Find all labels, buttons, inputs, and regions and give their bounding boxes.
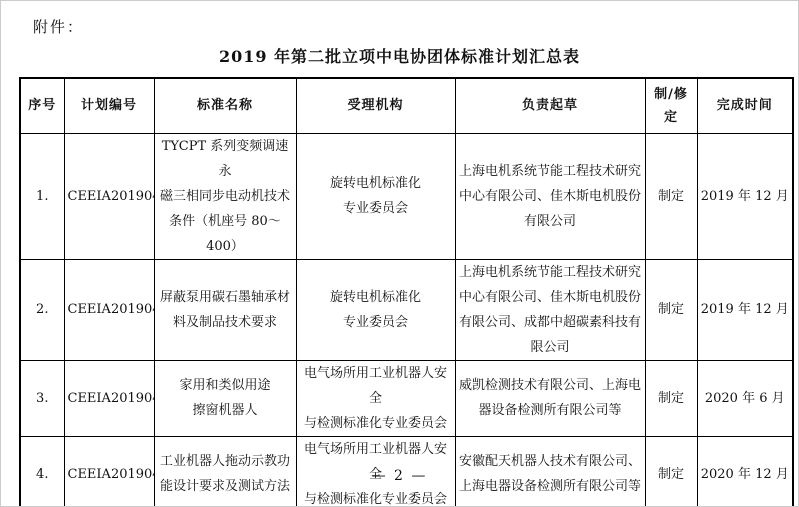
cell-standard-name: 屏蔽泵用碳石墨轴承材 料及制品技术要求 bbox=[154, 259, 296, 360]
col-header-drafting-org: 负责起草 bbox=[455, 78, 645, 133]
col-header-type: 制/修 定 bbox=[645, 78, 697, 133]
cell-standard-name: 家用和类似用途 擦窗机器人 bbox=[154, 360, 296, 436]
cell-drafting-org: 威凯检测技术有限公司、上海电 器设备检测所有限公司等 bbox=[455, 360, 645, 436]
cell-accepting-org: 电气场所用工业机器人安全 与检测标准化专业委员会 bbox=[296, 360, 455, 436]
page-number: — 2 — bbox=[1, 468, 798, 484]
cell-seq: 2. bbox=[20, 259, 64, 360]
cell-plan-number: CEEIA2019043 bbox=[64, 360, 154, 436]
attachment-label: 附件： bbox=[33, 16, 84, 37]
col-header-seq: 序号 bbox=[20, 78, 64, 133]
table-header-row: 序号 计划编号 标准名称 受理机构 负责起草 制/修 定 完成时间 bbox=[20, 78, 793, 133]
col-header-accepting-org: 受理机构 bbox=[296, 78, 455, 133]
cell-completion-time: 2019 年 12 月 bbox=[697, 133, 793, 259]
document-page: 附件： 2019 年第二批立项中电协团体标准计划汇总表 序号 计划编号 标准名称… bbox=[0, 0, 799, 507]
cell-seq: 3. bbox=[20, 360, 64, 436]
cell-accepting-org: 旋转电机标准化 专业委员会 bbox=[296, 133, 455, 259]
col-header-standard-name: 标准名称 bbox=[154, 78, 296, 133]
page-title: 2019 年第二批立项中电协团体标准计划汇总表 bbox=[1, 44, 798, 67]
cell-plan-number: CEEIA2019041 bbox=[64, 133, 154, 259]
cell-drafting-org: 上海电机系统节能工程技术研究 中心有限公司、佳木斯电机股份 有限公司 bbox=[455, 133, 645, 259]
cell-drafting-org: 上海电机系统节能工程技术研究 中心有限公司、佳木斯电机股份 有限公司、成都中超碳… bbox=[455, 259, 645, 360]
cell-seq: 1. bbox=[20, 133, 64, 259]
cell-plan-number: CEEIA2019042 bbox=[64, 259, 154, 360]
cell-completion-time: 2019 年 12 月 bbox=[697, 259, 793, 360]
cell-accepting-org: 旋转电机标准化 专业委员会 bbox=[296, 259, 455, 360]
cell-type: 制定 bbox=[645, 133, 697, 259]
cell-type: 制定 bbox=[645, 360, 697, 436]
cell-type: 制定 bbox=[645, 259, 697, 360]
cell-standard-name: TYCPT 系列变频调速永 磁三相同步电动机技术 条件（机座号 80～400） bbox=[154, 133, 296, 259]
col-header-completion-time: 完成时间 bbox=[697, 78, 793, 133]
table-row: 1. CEEIA2019041 TYCPT 系列变频调速永 磁三相同步电动机技术… bbox=[20, 133, 793, 259]
col-header-plan-number: 计划编号 bbox=[64, 78, 154, 133]
table-row: 3. CEEIA2019043 家用和类似用途 擦窗机器人 电气场所用工业机器人… bbox=[20, 360, 793, 436]
cell-completion-time: 2020 年 6 月 bbox=[697, 360, 793, 436]
table-row: 2. CEEIA2019042 屏蔽泵用碳石墨轴承材 料及制品技术要求 旋转电机… bbox=[20, 259, 793, 360]
standards-table: 序号 计划编号 标准名称 受理机构 负责起草 制/修 定 完成时间 1. CEE… bbox=[19, 77, 794, 507]
